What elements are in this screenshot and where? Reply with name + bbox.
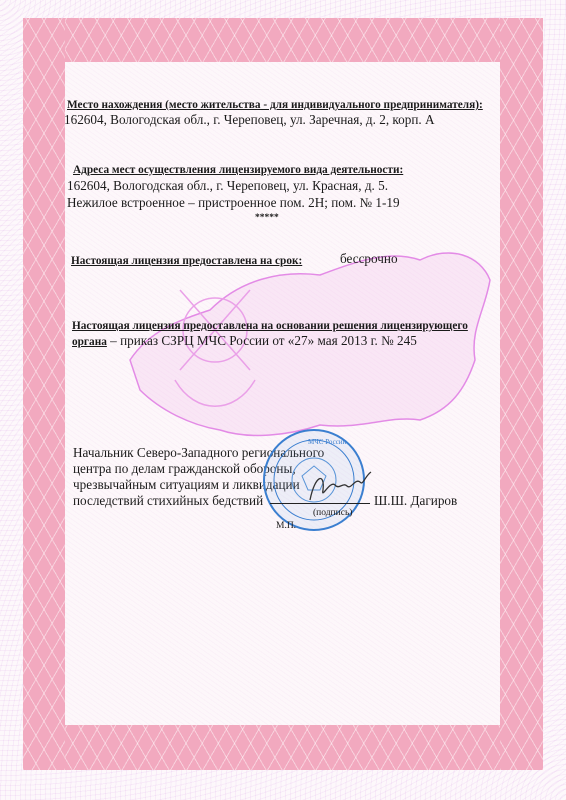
signature-caption: (подпись) [313, 505, 352, 521]
basis-heading-cont: органа [72, 336, 107, 348]
basis-value: – приказ СЗРЦ МЧС России от «27» мая 201… [107, 333, 417, 348]
border-bottom [23, 725, 543, 770]
location-heading: Место нахождения (место жительства - для… [67, 97, 483, 113]
separator: ***** [255, 210, 279, 226]
signature-icon [305, 470, 375, 504]
signature-line [270, 503, 370, 504]
russia-map-emblem-watermark-icon [120, 240, 500, 460]
border-left [23, 18, 65, 770]
seal-caption: М.П. [276, 518, 296, 534]
location-address: 162604, Вологодская обл., г. Череповец, … [64, 112, 435, 128]
stamp-text: МЧС России [308, 434, 346, 450]
activity-heading: Адреса мест осуществления лицензируемого… [73, 162, 403, 178]
basis-line: органа – приказ СЗРЦ МЧС России от «27» … [72, 333, 417, 350]
border-right [500, 18, 543, 770]
basis-heading: Настоящая лицензия предоставлена на осно… [72, 318, 468, 334]
signatory-title-4: последствий стихийных бедствий [73, 493, 263, 509]
border-top [23, 18, 543, 62]
activity-address-line2: Нежилое встроенное – пристроенное пом. 2… [67, 195, 400, 211]
activity-address-line1: 162604, Вологодская обл., г. Череповец, … [67, 178, 388, 194]
term-value: бессрочно [340, 251, 398, 267]
term-heading: Настоящая лицензия предоставлена на срок… [71, 253, 302, 269]
signatory-name: Ш.Ш. Дагиров [374, 493, 457, 509]
